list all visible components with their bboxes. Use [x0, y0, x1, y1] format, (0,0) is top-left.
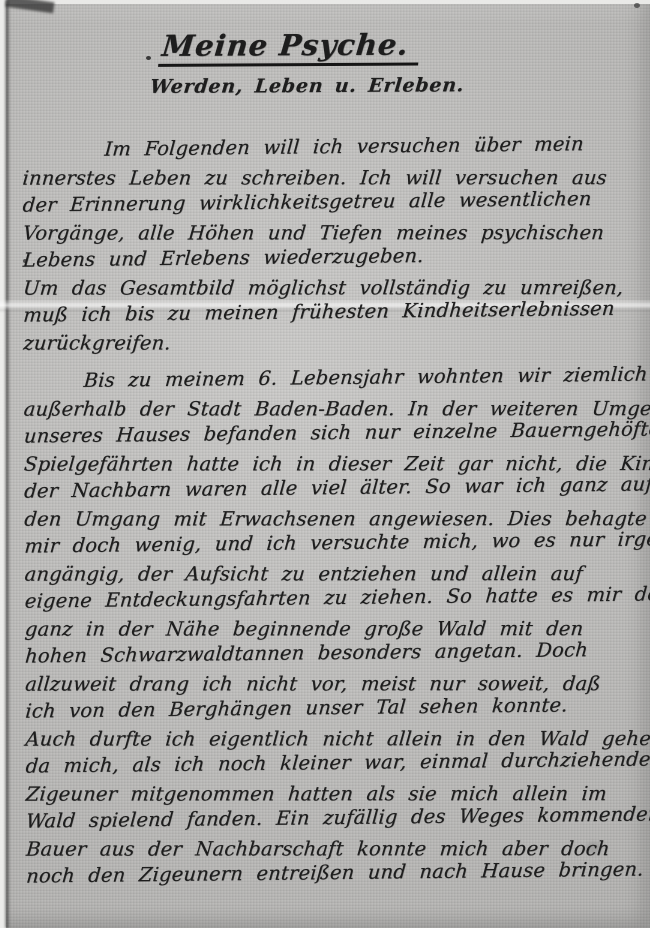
- manuscript-line: Bis zu meinem 6. Lebensjahr wohnten wir …: [23, 361, 641, 396]
- manuscript-line: Im Folgenden will ich versuchen über mei…: [21, 130, 639, 165]
- manuscript-page: Meine Psyche. Werden, Leben u. Erleben. …: [0, 0, 650, 928]
- manuscript-line: hohen Schwarzwaldtannen besonders angeta…: [24, 636, 642, 671]
- manuscript-line: muß ich bis zu meinen frühesten Kindheit…: [22, 295, 640, 330]
- page-subtitle: Werden, Leben u. Erleben.: [149, 73, 639, 98]
- page-title: Meine Psyche.: [158, 27, 422, 66]
- manuscript-body: Im Folgenden will ich versuchen über mei…: [22, 133, 642, 890]
- manuscript-line: da mich, als ich noch kleiner war, einma…: [25, 746, 643, 781]
- manuscript-line: der Nachbarn waren alle viel älter. So w…: [23, 471, 641, 506]
- manuscript-line: Lebens und Erlebens wiederzugeben.: [22, 240, 640, 275]
- manuscript-line: ich von den Berghängen unser Tal sehen k…: [24, 691, 642, 726]
- title-block: Meine Psyche.: [160, 26, 638, 67]
- manuscript-line: eigene Entdeckungsfahrten zu ziehen. So …: [24, 581, 642, 616]
- manuscript-content: Meine Psyche. Werden, Leben u. Erleben. …: [0, 0, 650, 890]
- manuscript-line: Wald spielend fanden. Ein zufällig des W…: [25, 801, 643, 836]
- manuscript-line: noch den Zigeunern entreißen und nach Ha…: [25, 856, 643, 891]
- manuscript-line: zurückgreifen.: [22, 329, 640, 357]
- manuscript-line: unseres Hauses befanden sich nur einzeln…: [23, 416, 641, 451]
- manuscript-line: mir doch wenig, und ich versuchte mich, …: [23, 526, 641, 561]
- manuscript-line: der Erinnerung wirklichkeitsgetreu alle …: [22, 185, 640, 220]
